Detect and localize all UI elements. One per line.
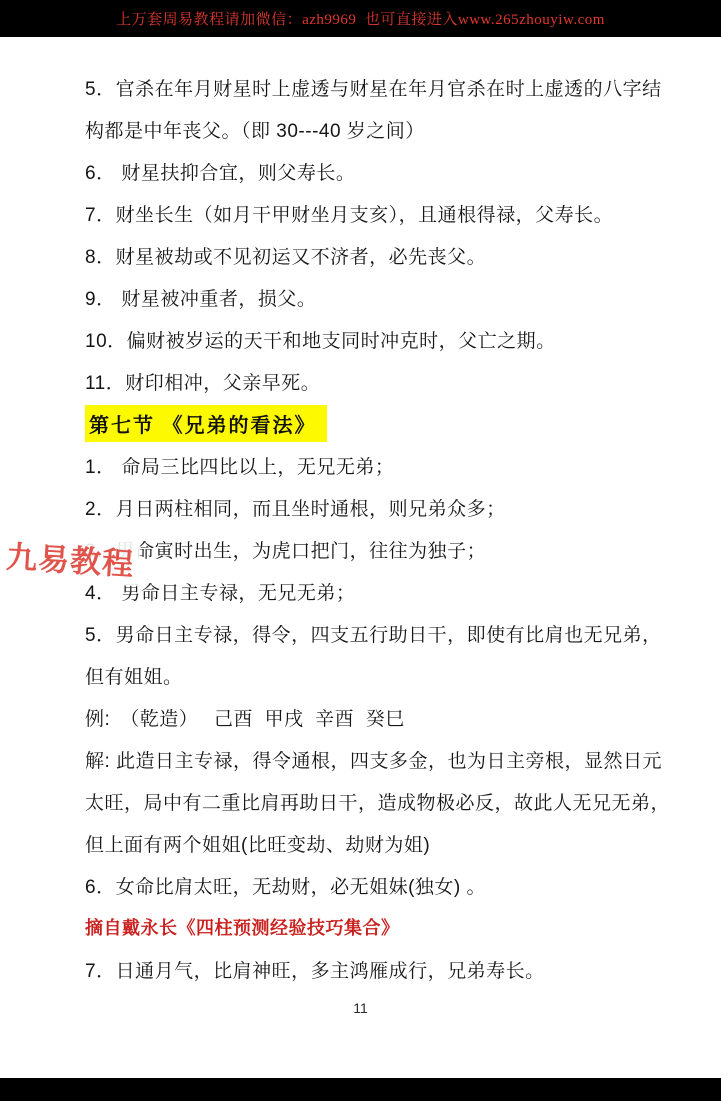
text-line: 7．财坐长生（如月干甲财坐月支亥），且通根得禄，父寿长。 [85,192,651,234]
page-number: 11 [0,1000,721,1016]
section-heading-highlight: 第七节 《兄弟的看法》 [85,405,327,442]
text-line: 7．日通月气，比肩神旺，多主鸿雁成行，兄弟寿长。 [85,948,651,990]
text-line: 10．偏财被岁运的天干和地支同时冲克时，父亡之期。 [85,318,651,360]
text-line: 太旺，局中有二重比肩再助日干，造成物极必反，故此人无兄无弟， [85,780,651,822]
text-line: 4． 男命日主专禄，无兄无弟； [85,570,651,612]
document-body: 5．官杀在年月财星时上虚透与财星在年月官杀在时上虚透的八字结构都是中年丧父。（即… [85,66,651,990]
text-line: 2．月日两柱相同，而且坐时通根，则兄弟众多； [85,486,651,528]
text-line: 9． 财星被冲重者，损父。 [85,276,651,318]
text-line: 但上面有两个姐姐(比旺变劫、劫财为姐) [85,822,651,864]
text-line: 8．财星被劫或不见初运又不济者，必先丧父。 [85,234,651,276]
text-line: 1． 命局三比四比以上，无兄无弟； [85,444,651,486]
top-ad-banner: 上万套周易教程请加微信：azh9969 也可直接进入www.265zhouyiw… [0,0,721,37]
text-line: 解: 此造日主专禄，得令通根，四支多金，也为日主旁根，显然日元 [85,738,651,780]
bottom-bar [0,1078,721,1101]
text-line: 构都是中年丧父。（即 30---40 岁之间） [85,108,651,150]
source-citation: 摘自戴永长《四柱预测经验技巧集合》 [85,906,651,948]
text-line: 5．官杀在年月财星时上虚透与财星在年月官杀在时上虚透的八字结 [85,66,651,108]
section-heading: 第七节 《兄弟的看法》 [85,402,651,444]
text-line: 6．女命比肩太旺，无劫财，必无姐妹(独女) 。 [85,864,651,906]
text-line: 例: （乾造） 己酉 甲戌 辛酉 癸巳 [85,696,651,738]
ad-banner-text: 上万套周易教程请加微信：azh9969 也可直接进入www.265zhouyiw… [116,8,605,29]
text-line: 5．男命日主专禄，得令，四支五行助日干，即使有比肩也无兄弟， [85,612,651,654]
pdf-page: 上万套周易教程请加微信：azh9969 也可直接进入www.265zhouyiw… [0,0,721,1101]
text-line: 但有姐姐。 [85,654,651,696]
text-line: 3．男命寅时出生，为虎口把门，往往为独子； [85,528,651,570]
text-line: 6． 财星扶抑合宜，则父寿长。 [85,150,651,192]
watermark-jiuyi-jiaocheng: 九易教程 [0,529,141,586]
text-line: 11．财印相冲，父亲早死。 [85,360,651,402]
